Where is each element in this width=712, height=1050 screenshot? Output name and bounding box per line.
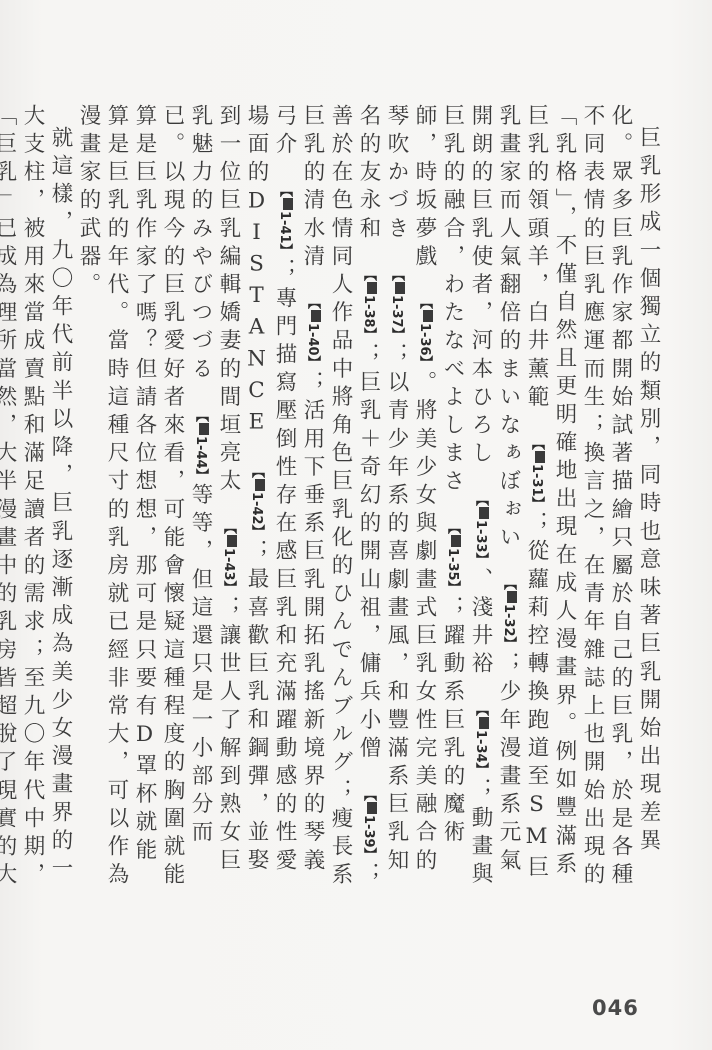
figure-label-icon (283, 198, 293, 210)
figure-number: 42 (249, 506, 264, 524)
figure-chapter: 1 (221, 548, 236, 557)
figure-label-icon (451, 535, 461, 547)
figure-chapter: 1 (445, 548, 460, 557)
bracket-close: 】 (445, 580, 460, 593)
figure-label-icon (479, 507, 489, 519)
figure-reference: 【1-42】 (249, 443, 265, 537)
figure-label-icon (311, 310, 321, 322)
bracket-open: 【 (473, 493, 488, 506)
text-run: 就這樣，九〇年代前半以降，巨乳逐漸成為美少女漫畫界的一大支柱，被用來當成賣點和滿… (0, 104, 73, 891)
bracket-open: 【 (193, 409, 208, 422)
bracket-open: 【 (249, 465, 264, 478)
figure-number: 44 (193, 450, 208, 468)
figure-reference: 【1-32】 (501, 556, 517, 650)
figure-number: 36 (417, 338, 432, 356)
body-text: 巨乳形成一個獨立的類別，同時也意味著巨乳開始出現差異化。眾多巨乳作家都開始試著描… (0, 104, 662, 894)
figure-chapter: 1 (529, 464, 544, 473)
figure-chapter: 1 (277, 211, 292, 220)
figure-label-icon (199, 423, 209, 435)
figure-reference: 【1-34】 (473, 682, 489, 776)
figure-label-icon (367, 282, 377, 294)
bracket-close: 】 (305, 356, 320, 369)
figure-reference: 【1-38】 (361, 247, 377, 341)
figure-chapter: 1 (417, 323, 432, 332)
figure-number: 33 (473, 534, 488, 552)
bracket-open: 【 (305, 296, 320, 309)
bracket-open: 【 (473, 703, 488, 716)
book-page: 巨乳形成一個獨立的類別，同時也意味著巨乳開始出現差異化。眾多巨乳作家都開始試著描… (0, 0, 712, 1050)
bracket-open: 【 (417, 296, 432, 309)
bracket-open: 【 (361, 788, 376, 801)
figure-chapter: 1 (361, 815, 376, 824)
figure-number: 38 (361, 309, 376, 327)
bracket-close: 】 (249, 524, 264, 537)
figure-reference: 【1-35】 (445, 499, 461, 593)
bracket-close: 】 (361, 328, 376, 341)
bracket-open: 【 (221, 521, 236, 534)
figure-chapter: 1 (389, 295, 404, 304)
bracket-close: 】 (361, 847, 376, 860)
bracket-close: 】 (473, 763, 488, 776)
figure-reference: 【1-31】 (529, 415, 545, 509)
figure-label-icon (535, 451, 545, 463)
figure-chapter: 1 (473, 730, 488, 739)
figure-number: 41 (277, 225, 292, 243)
bracket-open: 【 (529, 437, 544, 450)
figure-reference: 【1-41】 (277, 162, 293, 256)
figure-number: 35 (445, 562, 460, 580)
bracket-open: 【 (277, 184, 292, 197)
figure-chapter: 1 (473, 520, 488, 529)
bracket-close: 】 (193, 468, 208, 481)
figure-chapter: 1 (501, 604, 516, 613)
figure-label-icon (367, 802, 377, 814)
figure-chapter: 1 (193, 436, 208, 445)
figure-label-icon (227, 535, 237, 547)
bracket-close: 】 (389, 328, 404, 341)
figure-reference: 【1-36】 (417, 275, 433, 369)
figure-number: 40 (305, 338, 320, 356)
bracket-open: 【 (389, 268, 404, 281)
bracket-close: 】 (221, 580, 236, 593)
figure-label-icon (395, 282, 405, 294)
figure-label-icon (255, 479, 265, 491)
paragraph: 巨乳形成一個獨立的類別，同時也意味著巨乳開始出現差異化。眾多巨乳作家都開始試著描… (74, 104, 662, 894)
figure-number: 43 (221, 562, 236, 580)
figure-chapter: 1 (249, 492, 264, 501)
bracket-close: 】 (417, 356, 432, 369)
figure-label-icon (479, 717, 489, 729)
text-run: 、淺井裕 (468, 567, 493, 679)
paragraph: 就這樣，九〇年代前半以降，巨乳逐漸成為美少女漫畫界的一大支柱，被用來當成賣點和滿… (0, 104, 74, 894)
figure-reference: 【1-43】 (221, 499, 237, 593)
figure-reference: 【1-40】 (305, 275, 321, 369)
page-number: 046 (592, 996, 639, 1020)
figure-chapter: 1 (305, 323, 320, 332)
bracket-open: 【 (501, 577, 516, 590)
figure-number: 37 (389, 309, 404, 327)
figure-chapter: 1 (361, 295, 376, 304)
figure-number: 31 (529, 478, 544, 496)
bracket-close: 】 (501, 637, 516, 650)
bracket-close: 】 (529, 496, 544, 509)
bracket-close: 】 (473, 552, 488, 565)
figure-reference: 【1-39】 (361, 766, 377, 860)
figure-label-icon (423, 310, 433, 322)
text-run: ；巨乳＋奇幻的開山祖，傭兵小僧 (356, 343, 381, 765)
figure-reference: 【1-44】 (193, 387, 209, 481)
bracket-close: 】 (277, 243, 292, 256)
figure-number: 34 (473, 745, 488, 763)
figure-label-icon (507, 591, 517, 603)
figure-reference: 【1-37】 (389, 247, 405, 341)
bracket-open: 【 (361, 268, 376, 281)
figure-number: 39 (361, 829, 376, 847)
figure-reference: 【1-33】 (473, 471, 489, 565)
figure-number: 32 (501, 619, 516, 637)
bracket-open: 【 (445, 521, 460, 534)
